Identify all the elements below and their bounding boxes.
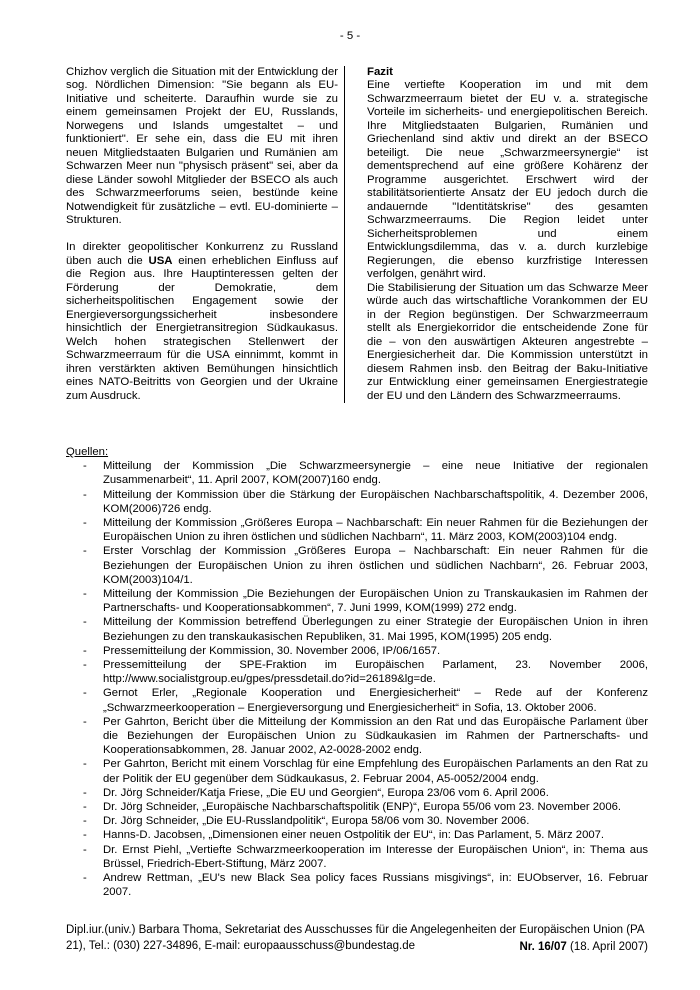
source-item: - Mitteilung der Kommission über die Stä… — [66, 488, 648, 516]
source-text: Per Gahrton, Bericht über die Mitteilung… — [103, 715, 648, 758]
source-text: Mitteilung der Kommission über die Stärk… — [103, 488, 648, 516]
dash-bullet: - — [83, 644, 103, 658]
source-item: - Pressemitteilung der SPE-Fraktion im E… — [66, 658, 648, 686]
source-item: - Erster Vorschlag der Kommission „Größe… — [66, 544, 648, 587]
column-divider — [344, 66, 345, 404]
source-text: Mitteilung der Kommission betreffend Übe… — [103, 615, 648, 643]
source-text: Dr. Jörg Schneider, „Die EU-Russlandpoli… — [103, 814, 648, 828]
source-item: - Gernot Erler, „Regionale Kooperation u… — [66, 686, 648, 714]
paragraph-usa: In direkter geopolitischer Konkurrenz zu… — [66, 241, 338, 403]
paragraph-chizhov: Chizhov verglich die Situation mit der E… — [66, 66, 338, 228]
dash-bullet: - — [83, 715, 103, 758]
source-text: Dr. Ernst Piehl, „Vertiefte Schwarzmeerk… — [103, 843, 648, 871]
dash-bullet: - — [83, 828, 103, 842]
dash-bullet: - — [83, 786, 103, 800]
dash-bullet: - — [83, 615, 103, 643]
source-item: - Andrew Rettman, „EU's new Black Sea po… — [66, 871, 648, 899]
source-item: - Hanns-D. Jacobsen, „Dimensionen einer … — [66, 828, 648, 842]
source-item: - Pressemitteilung der Kommission, 30. N… — [66, 644, 648, 658]
footer-issue-number: Nr. 16/07 — [519, 941, 566, 953]
source-item: - Mitteilung der Kommission betreffend Ü… — [66, 615, 648, 643]
footer-date: (18. April 2007) — [567, 941, 648, 953]
source-text: Erster Vorschlag der Kommission „Größere… — [103, 544, 648, 587]
usa-emphasis: USA — [148, 255, 172, 267]
source-text: Hanns-D. Jacobsen, „Dimensionen einer ne… — [103, 828, 648, 842]
source-text: Andrew Rettman, „EU's new Black Sea poli… — [103, 871, 648, 899]
page-number: - 5 - — [0, 0, 700, 44]
fazit-heading: Fazit — [367, 66, 648, 80]
source-item: - Per Gahrton, Bericht über die Mitteilu… — [66, 715, 648, 758]
source-item: - Mitteilung der Kommission „Die Schwarz… — [66, 459, 648, 487]
source-item: - Per Gahrton, Bericht mit einem Vorschl… — [66, 757, 648, 785]
source-text: Per Gahrton, Bericht mit einem Vorschlag… — [103, 757, 648, 785]
dash-bullet: - — [83, 686, 103, 714]
dash-bullet: - — [83, 658, 103, 686]
sources-heading: Quellen: — [66, 445, 648, 459]
source-item: - Mitteilung der Kommission „Größeres Eu… — [66, 516, 648, 544]
source-item: - Dr. Jörg Schneider/Katja Friese, „Die … — [66, 786, 648, 800]
source-text: Mitteilung der Kommission „Die Schwarzme… — [103, 459, 648, 487]
dash-bullet: - — [83, 757, 103, 785]
source-text: Gernot Erler, „Regionale Kooperation und… — [103, 686, 648, 714]
left-column: Chizhov verglich die Situation mit der E… — [66, 66, 338, 404]
dash-bullet: - — [83, 843, 103, 871]
dash-bullet: - — [83, 544, 103, 587]
two-column-body: Chizhov verglich die Situation mit der E… — [0, 66, 700, 404]
source-text: Pressemitteilung der Kommission, 30. Nov… — [103, 644, 648, 658]
dash-bullet: - — [83, 459, 103, 487]
paragraph-usa-post: einen erheblichen Einfluss auf die Regio… — [66, 255, 338, 402]
source-text: Dr. Jörg Schneider/Katja Friese, „Die EU… — [103, 786, 648, 800]
right-column: Fazit Eine vertiefte Kooperation im und … — [367, 66, 648, 404]
dash-bullet: - — [83, 871, 103, 899]
source-text: Mitteilung der Kommission „Größeres Euro… — [103, 516, 648, 544]
source-text: Pressemitteilung der SPE-Fraktion im Eur… — [103, 658, 648, 686]
source-text: Dr. Jörg Schneider, „Europäische Nachbar… — [103, 800, 648, 814]
dash-bullet: - — [83, 814, 103, 828]
source-item: - Mitteilung der Kommission „Die Beziehu… — [66, 587, 648, 615]
paragraph-fazit-2: Die Stabilisierung der Situation um das … — [367, 282, 648, 404]
source-item: - Dr. Jörg Schneider, „Europäische Nachb… — [66, 800, 648, 814]
source-item: - Dr. Ernst Piehl, „Vertiefte Schwarzmee… — [66, 843, 648, 871]
dash-bullet: - — [83, 516, 103, 544]
source-item: - Dr. Jörg Schneider, „Die EU-Russlandpo… — [66, 814, 648, 828]
dash-bullet: - — [83, 587, 103, 615]
issue-footer: Nr. 16/07 (18. April 2007) — [519, 940, 648, 954]
paragraph-fazit-1: Eine vertiefte Kooperation im und mit de… — [367, 79, 648, 282]
document-page: - 5 - Chizhov verglich die Situation mit… — [0, 0, 700, 990]
dash-bullet: - — [83, 488, 103, 516]
sources-section: Quellen: - Mitteilung der Kommission „Di… — [0, 445, 700, 900]
dash-bullet: - — [83, 800, 103, 814]
source-text: Mitteilung der Kommission „Die Beziehung… — [103, 587, 648, 615]
